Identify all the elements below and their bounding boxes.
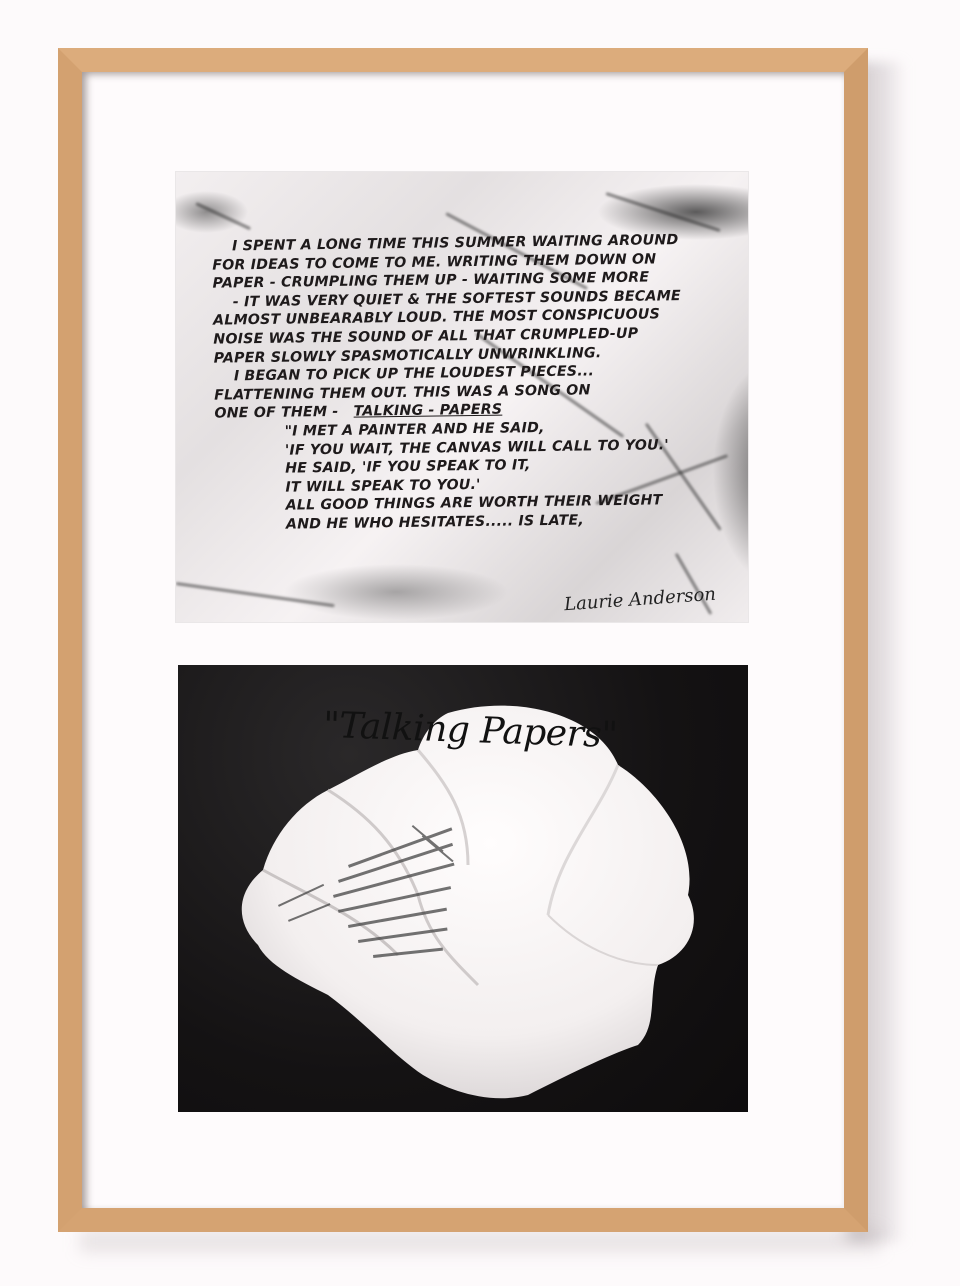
text-line: one of them - (214, 404, 338, 422)
handwritten-text: I spent a long time this summer waiting … (212, 230, 736, 535)
artist-signature: Laurie Anderson (563, 584, 716, 616)
paper-crease (176, 582, 335, 607)
bottom-photograph: "Talking Papers" (178, 665, 748, 1112)
song-title: Talking - Papers (343, 402, 502, 420)
crumpled-paper-ball (218, 695, 708, 1112)
top-photograph: I spent a long time this summer waiting … (176, 172, 748, 622)
wall-shadow-bottom (80, 1230, 880, 1252)
paper-crease (195, 202, 251, 230)
paper-crease (606, 192, 721, 232)
